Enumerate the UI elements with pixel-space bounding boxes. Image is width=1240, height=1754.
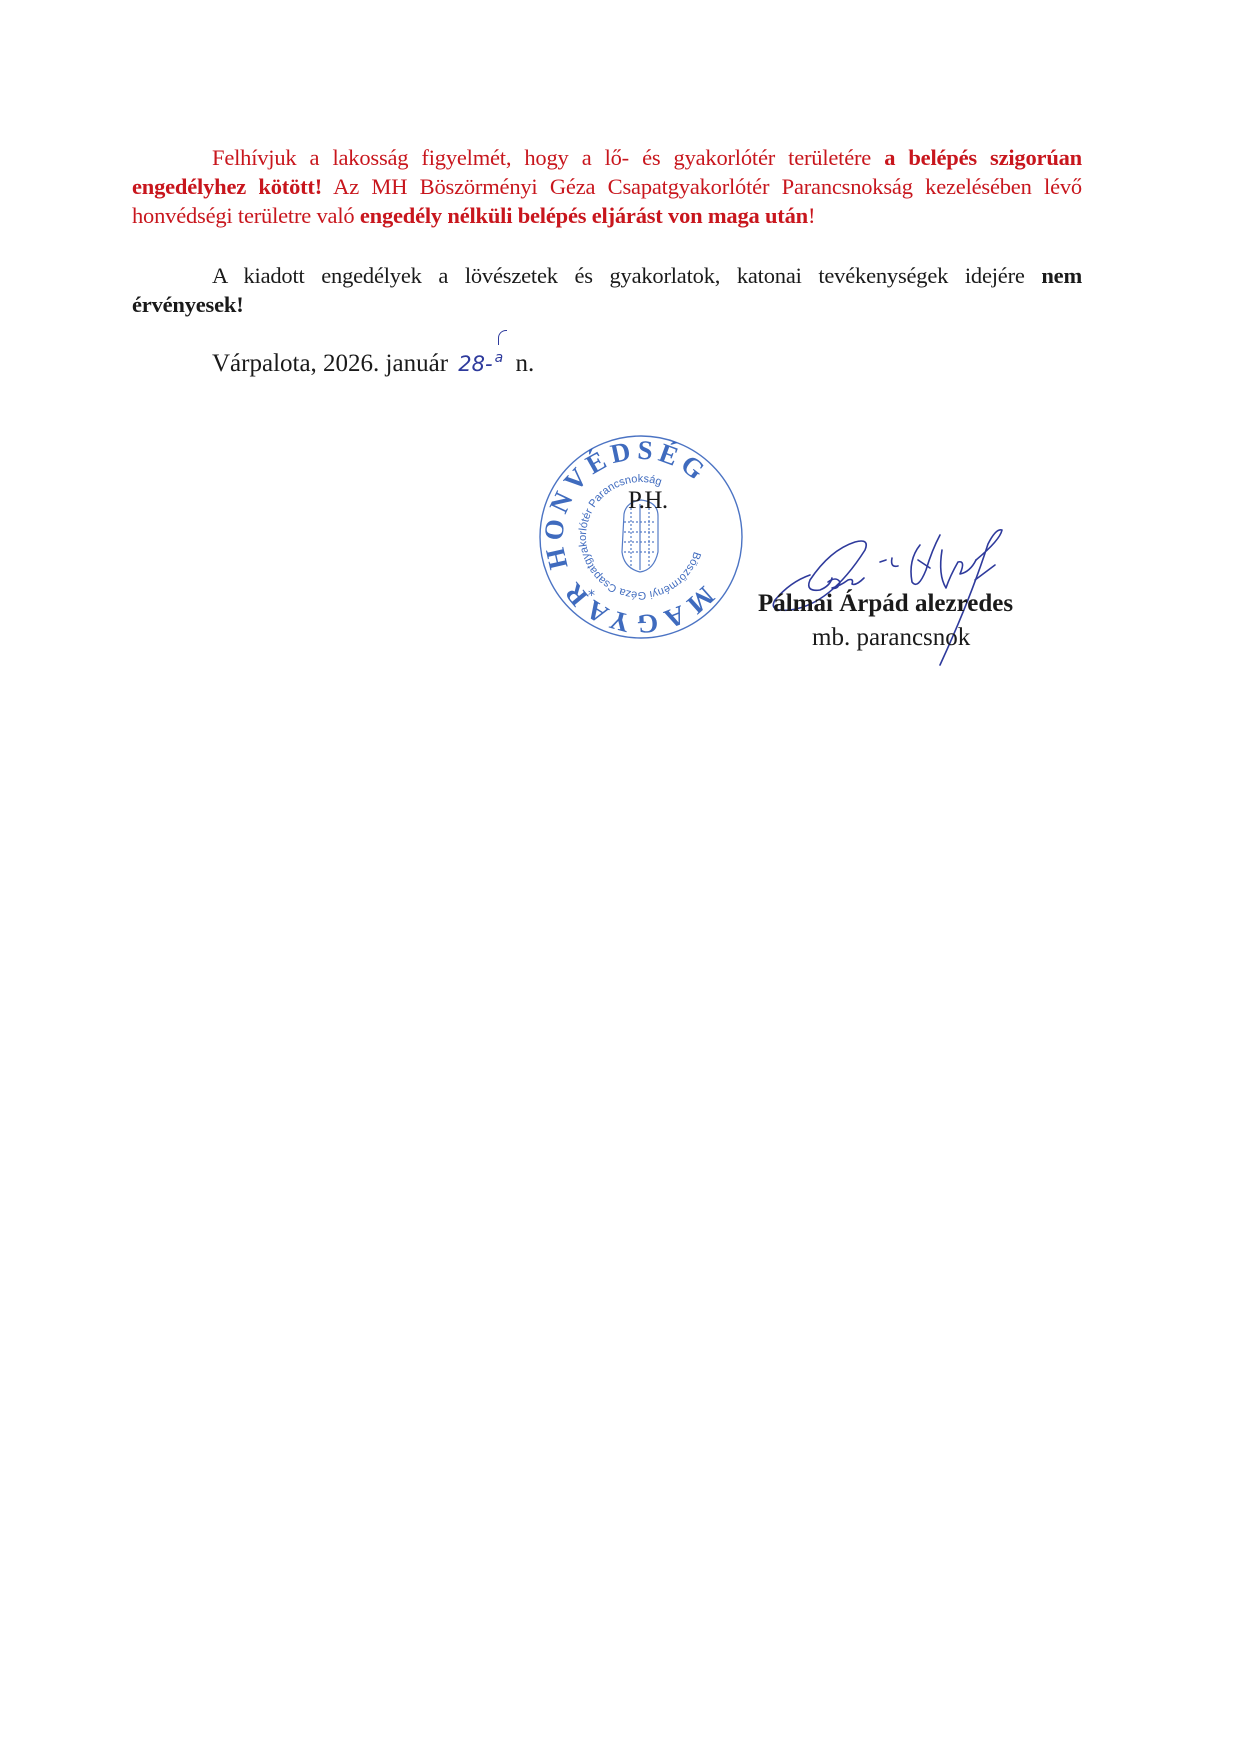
info-paragraph: A kiadott engedélyek a lövészetek és gya… (132, 261, 1082, 319)
official-stamp-icon: MAGYAR HONVÉDSÉG Böszörményi Géza Csapat… (536, 432, 746, 642)
handwritten-tick-mark (498, 330, 507, 345)
handwritten-day: 28-a (458, 352, 503, 376)
warning-paragraph: Felhívjuk a lakosság figyelmét, hogy a l… (132, 143, 1082, 230)
handwritten-day-suffix: a (495, 350, 504, 366)
ph-label: P.H. (628, 487, 668, 515)
warning-bold-penalty: engedély nélküli belépés eljárást von ma… (360, 203, 808, 228)
svg-text:MAGYAR HONVÉDSÉG: MAGYAR HONVÉDSÉG (536, 432, 746, 642)
document-page: Felhívjuk a lakosság figyelmét, hogy a l… (0, 0, 1240, 1754)
info-text-1: A kiadott engedélyek a lövészetek és gya… (212, 263, 1041, 288)
stamp-star: * (588, 588, 595, 604)
signer-name: Pálmai Árpád alezredes (758, 590, 1013, 618)
warning-text-3: ! (808, 203, 815, 228)
date-suffix: n. (515, 350, 534, 377)
signer-title: mb. parancsnok (812, 624, 970, 652)
stamp-outer-text: MAGYAR HONVÉDSÉG (536, 432, 746, 642)
date-line: Várpalota, 2026. január 28-a n. (212, 350, 534, 378)
handwritten-day-number: 28- (458, 352, 492, 376)
warning-text-1: Felhívjuk a lakosság figyelmét, hogy a l… (212, 145, 884, 170)
date-prefix: Várpalota, 2026. január (212, 350, 448, 377)
